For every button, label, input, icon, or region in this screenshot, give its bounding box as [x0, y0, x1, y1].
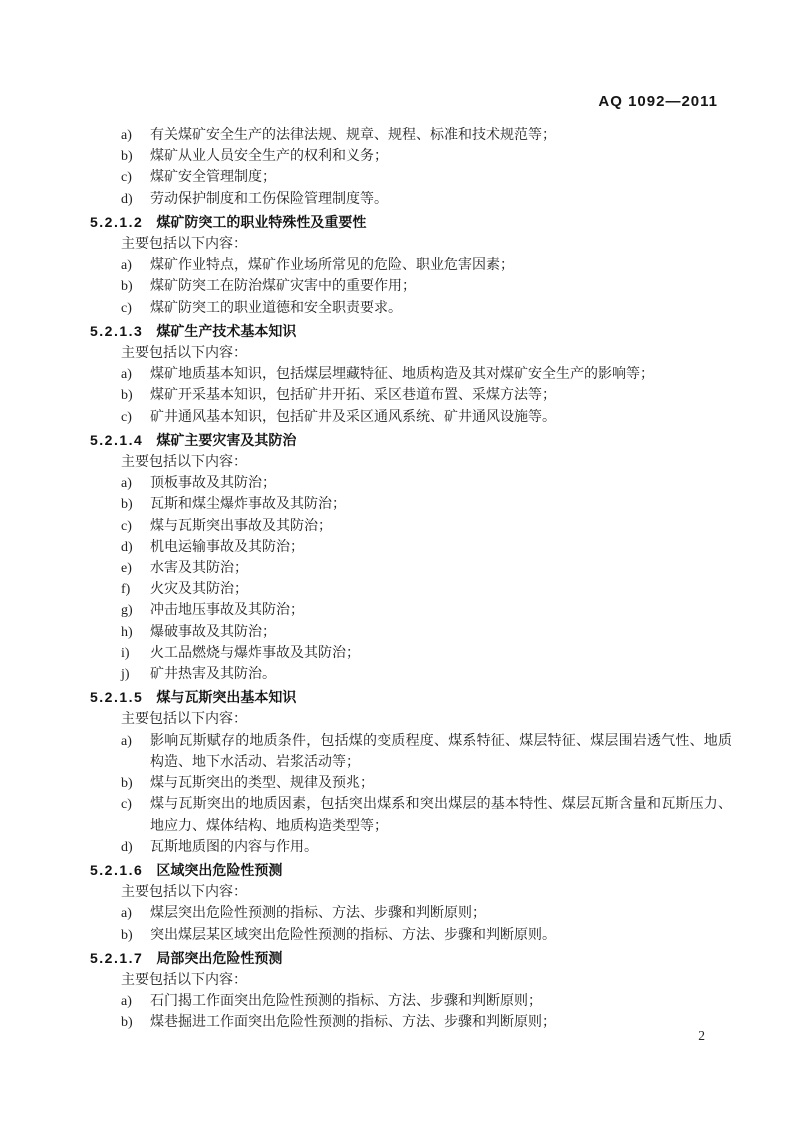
list-item-marker: j) [121, 664, 150, 685]
list-item: g) 冲击地压事故及其防治； [90, 600, 732, 621]
section-number: 5.2.1.6 [90, 862, 143, 878]
section-5-2-1-4: 5.2.1.4煤矿主要灾害及其防治 主要包括以下内容： a) 顶板事故及其防治；… [90, 430, 732, 685]
list-item-text: 石门揭工作面突出危险性预测的指标、方法、步骤和判断原则； [150, 991, 732, 1012]
section-lead: 主要包括以下内容： [90, 970, 732, 991]
list-item-text: 水害及其防治； [150, 558, 732, 579]
list-item: f) 火灾及其防治； [90, 579, 732, 600]
list-item: d) 劳动保护制度和工伤保险管理制度等。 [90, 189, 732, 210]
list-item: d) 瓦斯地质图的内容与作用。 [90, 837, 732, 858]
list-item-text: 煤与瓦斯突出事故及其防治； [150, 516, 732, 537]
list-item-marker: e) [121, 558, 150, 579]
section-heading: 5.2.1.7局部突出危险性预测 [90, 948, 732, 969]
list-item-marker: a) [121, 731, 150, 773]
list-item-marker: b) [121, 773, 150, 794]
list-item-text: 煤与瓦斯突出的类型、规律及预兆； [150, 773, 732, 794]
section-number: 5.2.1.4 [90, 432, 143, 448]
list-item-text: 火灾及其防治； [150, 579, 732, 600]
list-item-text: 煤矿防突工在防治煤矿灾害中的重要作用； [150, 276, 732, 297]
list-item-text: 瓦斯和煤尘爆炸事故及其防治； [150, 494, 732, 515]
list-item-marker: c) [121, 298, 150, 319]
section-title: 煤矿主要灾害及其防治 [156, 432, 296, 448]
list-item: b) 煤矿开采基本知识，包括矿井开拓、采区巷道布置、采煤方法等； [90, 385, 732, 406]
list-item: c) 煤矿安全管理制度； [90, 167, 732, 188]
list-item: c) 煤与瓦斯突出的地质因素，包括突出煤系和突出煤层的基本特性、煤层瓦斯含量和瓦… [90, 794, 732, 836]
list-item-text: 煤矿作业特点，煤矿作业场所常见的危险、职业危害因素； [150, 255, 732, 276]
list-item-text: 顶板事故及其防治； [150, 473, 732, 494]
section-heading: 5.2.1.2煤矿防突工的职业特殊性及重要性 [90, 212, 732, 233]
list-item-marker: a) [121, 473, 150, 494]
section-lead: 主要包括以下内容： [90, 234, 732, 255]
list-item-marker: a) [121, 903, 150, 924]
list-item-marker: c) [121, 794, 150, 836]
list-item-text: 瓦斯地质图的内容与作用。 [150, 837, 732, 858]
list-item: e) 水害及其防治； [90, 558, 732, 579]
list-item: a) 有关煤矿安全生产的法律法规、规章、规程、标准和技术规范等； [90, 125, 732, 146]
section-number: 5.2.1.3 [90, 323, 143, 339]
list-item-text: 矿井通风基本知识，包括矿井及采区通风系统、矿井通风设施等。 [150, 407, 732, 428]
list-item: b) 煤与瓦斯突出的类型、规律及预兆； [90, 773, 732, 794]
list-item-text: 冲击地压事故及其防治； [150, 600, 732, 621]
list-item-text: 煤与瓦斯突出的地质因素，包括突出煤系和突出煤层的基本特性、煤层瓦斯含量和瓦斯压力… [150, 794, 732, 836]
list-item: a) 煤矿地质基本知识，包括煤层埋藏特征、地质构造及其对煤矿安全生产的影响等； [90, 364, 732, 385]
section-5-2-1-3: 5.2.1.3煤矿生产技术基本知识 主要包括以下内容： a) 煤矿地质基本知识，… [90, 321, 732, 428]
list-item-marker: i) [121, 643, 150, 664]
list-item-marker: c) [121, 407, 150, 428]
list-item-marker: b) [121, 385, 150, 406]
list-item-text: 机电运输事故及其防治； [150, 537, 732, 558]
section-heading: 5.2.1.6区域突出危险性预测 [90, 860, 732, 881]
list-item-marker: b) [121, 276, 150, 297]
list-item: b) 煤巷掘进工作面突出危险性预测的指标、方法、步骤和判断原则； [90, 1012, 732, 1033]
list-item-text: 有关煤矿安全生产的法律法规、规章、规程、标准和技术规范等； [150, 125, 732, 146]
section-heading: 5.2.1.4煤矿主要灾害及其防治 [90, 430, 732, 451]
section-title: 煤矿防突工的职业特殊性及重要性 [156, 214, 366, 230]
list-item: b) 突出煤层某区域突出危险性预测的指标、方法、步骤和判断原则。 [90, 925, 732, 946]
list-item: a) 煤矿作业特点，煤矿作业场所常见的危险、职业危害因素； [90, 255, 732, 276]
list-item: a) 石门揭工作面突出危险性预测的指标、方法、步骤和判断原则； [90, 991, 732, 1012]
document-page: AQ 1092—2011 a) 有关煤矿安全生产的法律法规、规章、规程、标准和技… [0, 0, 793, 1122]
section-lead: 主要包括以下内容： [90, 343, 732, 364]
section-5-2-1-5: 5.2.1.5煤与瓦斯突出基本知识 主要包括以下内容： a) 影响瓦斯赋存的地质… [90, 687, 732, 858]
list-item: a) 煤层突出危险性预测的指标、方法、步骤和判断原则； [90, 903, 732, 924]
list-item-text: 爆破事故及其防治； [150, 622, 732, 643]
list-item-marker: a) [121, 364, 150, 385]
list-item: d) 机电运输事故及其防治； [90, 537, 732, 558]
section-5-2-1-7: 5.2.1.7局部突出危险性预测 主要包括以下内容： a) 石门揭工作面突出危险… [90, 948, 732, 1034]
section-title: 煤与瓦斯突出基本知识 [156, 689, 296, 705]
list-item: h) 爆破事故及其防治； [90, 622, 732, 643]
list-item-marker: d) [121, 189, 150, 210]
list-item-text: 火工品燃烧与爆炸事故及其防治； [150, 643, 732, 664]
list-item: b) 煤矿从业人员安全生产的权利和义务； [90, 146, 732, 167]
list-item-text: 矿井热害及其防治。 [150, 664, 732, 685]
section-number: 5.2.1.5 [90, 689, 143, 705]
list-item-marker: d) [121, 837, 150, 858]
list-item-text: 煤矿从业人员安全生产的权利和义务； [150, 146, 732, 167]
list-item-marker: b) [121, 925, 150, 946]
document-body: a) 有关煤矿安全生产的法律法规、规章、规程、标准和技术规范等； b) 煤矿从业… [90, 125, 732, 1034]
section-number: 5.2.1.2 [90, 214, 143, 230]
list-item-marker: h) [121, 622, 150, 643]
list-item-marker: b) [121, 1012, 150, 1033]
list-item: i) 火工品燃烧与爆炸事故及其防治； [90, 643, 732, 664]
list-item-text: 突出煤层某区域突出危险性预测的指标、方法、步骤和判断原则。 [150, 925, 732, 946]
list-item-marker: a) [121, 125, 150, 146]
list-item: b) 煤矿防突工在防治煤矿灾害中的重要作用； [90, 276, 732, 297]
list-item-text: 影响瓦斯赋存的地质条件，包括煤的变质程度、煤系特征、煤层特征、煤层围岩透气性、地… [150, 731, 732, 773]
list-item-marker: a) [121, 255, 150, 276]
list-item: c) 煤与瓦斯突出事故及其防治； [90, 516, 732, 537]
list-item: j) 矿井热害及其防治。 [90, 664, 732, 685]
list-item-text: 煤矿安全管理制度； [150, 167, 732, 188]
list-item-marker: d) [121, 537, 150, 558]
section-title: 区域突出危险性预测 [156, 862, 282, 878]
list-item: a) 顶板事故及其防治； [90, 473, 732, 494]
section-5-2-1-6: 5.2.1.6区域突出危险性预测 主要包括以下内容： a) 煤层突出危险性预测的… [90, 860, 732, 946]
list-item-marker: g) [121, 600, 150, 621]
list-item-marker: a) [121, 991, 150, 1012]
section-title: 局部突出危险性预测 [156, 950, 282, 966]
section-lead: 主要包括以下内容： [90, 882, 732, 903]
list-item: b) 瓦斯和煤尘爆炸事故及其防治； [90, 494, 732, 515]
list-item-marker: b) [121, 494, 150, 515]
list-item-text: 煤巷掘进工作面突出危险性预测的指标、方法、步骤和判断原则； [150, 1012, 732, 1033]
list-item-text: 煤层突出危险性预测的指标、方法、步骤和判断原则； [150, 903, 732, 924]
list-item: c) 矿井通风基本知识，包括矿井及采区通风系统、矿井通风设施等。 [90, 407, 732, 428]
list-item-text: 劳动保护制度和工伤保险管理制度等。 [150, 189, 732, 210]
list-item-marker: c) [121, 516, 150, 537]
section-5-2-1-2: 5.2.1.2煤矿防突工的职业特殊性及重要性 主要包括以下内容： a) 煤矿作业… [90, 212, 732, 319]
list-item: a) 影响瓦斯赋存的地质条件，包括煤的变质程度、煤系特征、煤层特征、煤层围岩透气… [90, 731, 732, 773]
list-item-text: 煤矿开采基本知识，包括矿井开拓、采区巷道布置、采煤方法等； [150, 385, 732, 406]
standard-code-header: AQ 1092—2011 [598, 93, 718, 110]
page-number: 2 [698, 1028, 705, 1044]
list-item-text: 煤矿地质基本知识，包括煤层埋藏特征、地质构造及其对煤矿安全生产的影响等； [150, 364, 732, 385]
list-item-marker: c) [121, 167, 150, 188]
list-item-marker: b) [121, 146, 150, 167]
section-lead: 主要包括以下内容： [90, 709, 732, 730]
section-lead: 主要包括以下内容： [90, 452, 732, 473]
section-heading: 5.2.1.5煤与瓦斯突出基本知识 [90, 687, 732, 708]
list-item-text: 煤矿防突工的职业道德和安全职责要求。 [150, 298, 732, 319]
section-heading: 5.2.1.3煤矿生产技术基本知识 [90, 321, 732, 342]
section-number: 5.2.1.7 [90, 950, 143, 966]
section-title: 煤矿生产技术基本知识 [156, 323, 296, 339]
list-item-marker: f) [121, 579, 150, 600]
list-item: c) 煤矿防突工的职业道德和安全职责要求。 [90, 298, 732, 319]
